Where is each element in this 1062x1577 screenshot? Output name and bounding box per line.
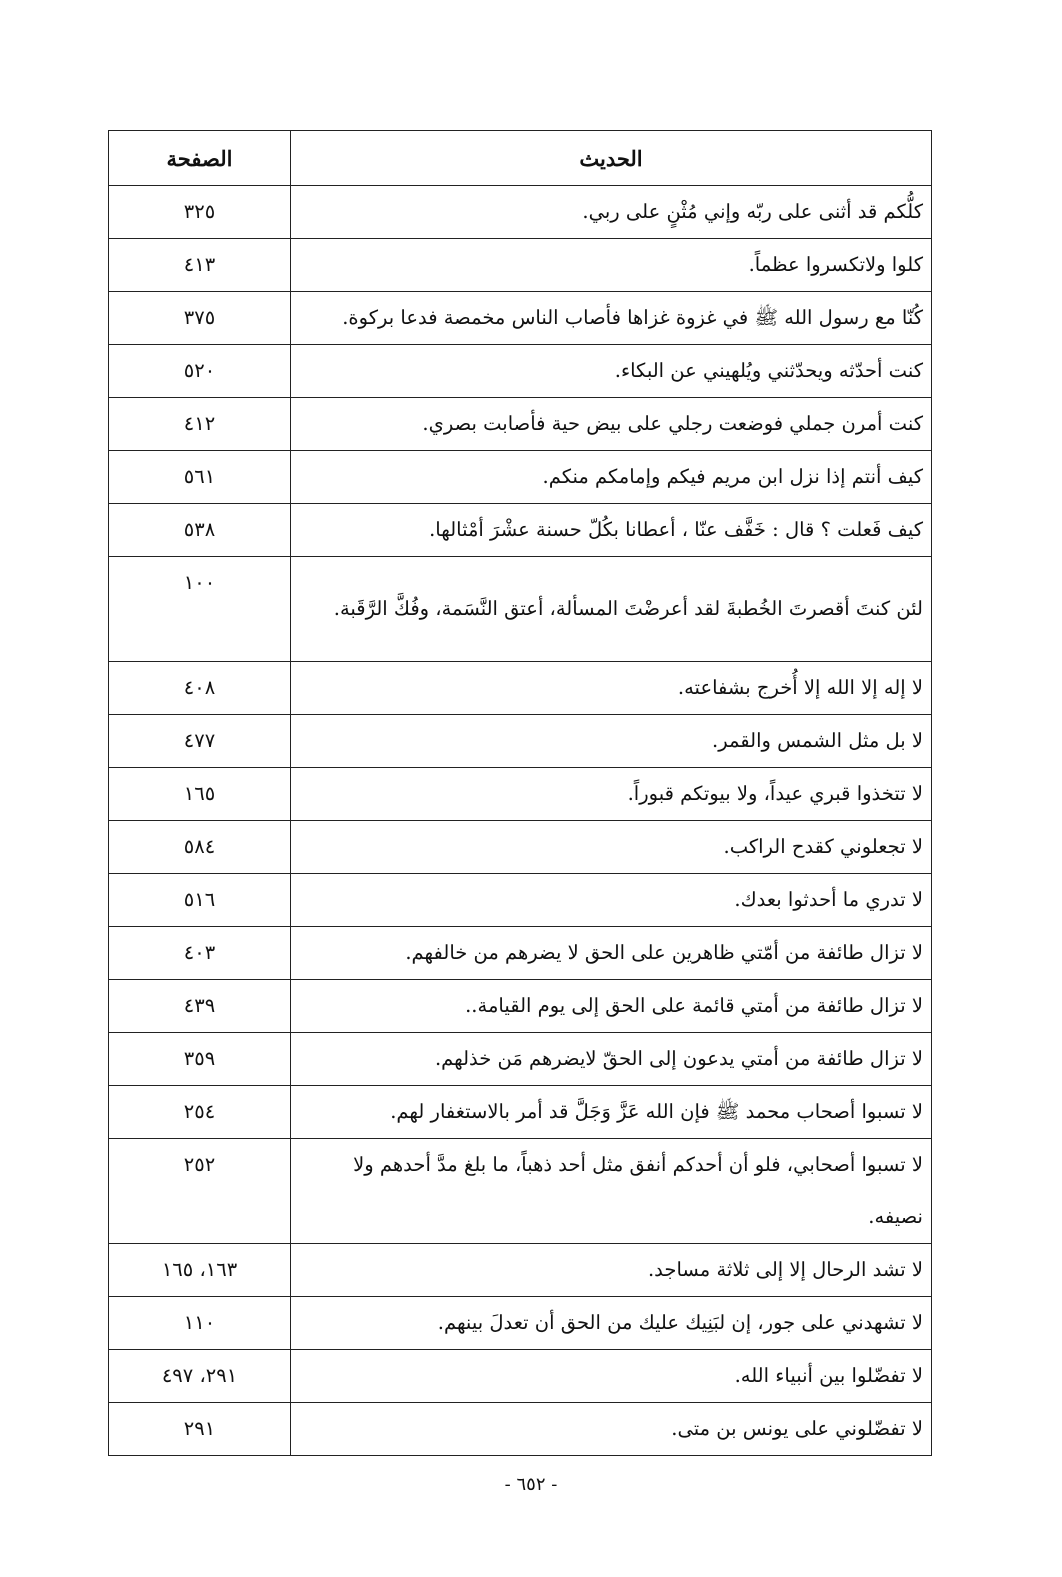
page-reference: ١٠٠ (109, 557, 291, 662)
table-row: لا تزال طائفة من أمتي يدعون إلى الحقّ لا… (109, 1033, 932, 1086)
hadith-text: لا تسبوا أصحابي، فلو أن أحدكم أنفق مثل أ… (291, 1139, 932, 1244)
hadith-text: كيف فَعلت ؟ قال : خَفَّف عنّا ، أعطانا ب… (291, 504, 932, 557)
table-header-row: الحديث الصفحة (109, 131, 932, 186)
hadith-text: لا تزال طائفة من أمتي قائمة على الحق إلى… (291, 980, 932, 1033)
table-body: كلُّكم قد أثنى على ربّه وإني مُثْنٍ على … (109, 186, 932, 1456)
hadith-text: لا تجعلوني كقدح الراكب. (291, 821, 932, 874)
page-reference: ٤٧٧ (109, 715, 291, 768)
hadith-text: لا تشد الرحال إلا إلى ثلاثة مساجد. (291, 1244, 932, 1297)
hadith-text: لا تسبوا أصحاب محمد ﷺ فإن الله عَزَّ وَج… (291, 1086, 932, 1139)
page-reference: ٥٨٤ (109, 821, 291, 874)
table-row: كلوا ولاتكسروا عظماً.٤١٣ (109, 239, 932, 292)
page-reference: ٥٦١ (109, 451, 291, 504)
column-header-page: الصفحة (109, 131, 291, 186)
page-reference: ٣٥٩ (109, 1033, 291, 1086)
document-page: الحديث الصفحة كلُّكم قد أثنى على ربّه وإ… (0, 0, 1062, 1577)
table-row: لا تجعلوني كقدح الراكب.٥٨٤ (109, 821, 932, 874)
page-reference: ٤٠٨ (109, 662, 291, 715)
table-row: لا تتخذوا قبري عيداً، ولا بيوتكم قبوراً.… (109, 768, 932, 821)
table-row: لا تزال طائفة من أمتي قائمة على الحق إلى… (109, 980, 932, 1033)
page-reference: ١٦٥ (109, 768, 291, 821)
table-row: لا تشهدني على جور، إن لبَنِيك عليك من ال… (109, 1297, 932, 1350)
table-row: لا تسبوا أصحابي، فلو أن أحدكم أنفق مثل أ… (109, 1139, 932, 1244)
hadith-index-table: الحديث الصفحة كلُّكم قد أثنى على ربّه وإ… (108, 130, 932, 1456)
table-row: لا تزال طائفة من أمّتي ظاهرين على الحق ل… (109, 927, 932, 980)
hadith-text: كلوا ولاتكسروا عظماً. (291, 239, 932, 292)
hadith-text: لا تزال طائفة من أمّتي ظاهرين على الحق ل… (291, 927, 932, 980)
page-reference: ٥١٦ (109, 874, 291, 927)
table-row: لا بل مثل الشمس والقمر.٤٧٧ (109, 715, 932, 768)
page-reference: ٢٥٢ (109, 1139, 291, 1244)
page-reference: ٤٠٣ (109, 927, 291, 980)
hadith-text: كلُّكم قد أثنى على ربّه وإني مُثْنٍ على … (291, 186, 932, 239)
table-row: كُنّا مع رسول الله ﷺ في غزوة غزاها فأصاب… (109, 292, 932, 345)
hadith-text: لا تزال طائفة من أمتي يدعون إلى الحقّ لا… (291, 1033, 932, 1086)
hadith-text: كنت أحدّثه ويحدّثني ويُلهيني عن البكاء. (291, 345, 932, 398)
hadith-text: كُنّا مع رسول الله ﷺ في غزوة غزاها فأصاب… (291, 292, 932, 345)
hadith-text: كنت أمرن جملي فوضعت رجلي على بيض حية فأص… (291, 398, 932, 451)
hadith-text: لا تشهدني على جور، إن لبَنِيك عليك من ال… (291, 1297, 932, 1350)
table-row: كلُّكم قد أثنى على ربّه وإني مُثْنٍ على … (109, 186, 932, 239)
page-reference: ٤٣٩ (109, 980, 291, 1033)
page-reference: ٥٣٨ (109, 504, 291, 557)
page-reference: ١٦٣، ١٦٥ (109, 1244, 291, 1297)
page-number: - ٦٥٢ - (0, 1474, 1062, 1495)
hadith-text: لا تتخذوا قبري عيداً، ولا بيوتكم قبوراً. (291, 768, 932, 821)
table-row: كيف أنتم إذا نزل ابن مريم فيكم وإمامكم م… (109, 451, 932, 504)
page-reference: ٤١٢ (109, 398, 291, 451)
hadith-text: لا تفضّلوا بين أنبياء الله. (291, 1350, 932, 1403)
hadith-text: لا تفضّلوني على يونس بن متى. (291, 1403, 932, 1456)
table-row: كنت أحدّثه ويحدّثني ويُلهيني عن البكاء.٥… (109, 345, 932, 398)
page-reference: ٣٢٥ (109, 186, 291, 239)
table-row: لا تفضّلوني على يونس بن متى.٢٩١ (109, 1403, 932, 1456)
page-reference: ٣٧٥ (109, 292, 291, 345)
table-row: لئن كنتَ أقصرتَ الخُطبةَ لقد أعرضْتَ الم… (109, 557, 932, 662)
page-reference: ٢٩١، ٤٩٧ (109, 1350, 291, 1403)
hadith-text: كيف أنتم إذا نزل ابن مريم فيكم وإمامكم م… (291, 451, 932, 504)
table-row: لا تفضّلوا بين أنبياء الله.٢٩١، ٤٩٧ (109, 1350, 932, 1403)
hadith-text: لا بل مثل الشمس والقمر. (291, 715, 932, 768)
page-reference: ٤١٣ (109, 239, 291, 292)
page-reference: ٢٥٤ (109, 1086, 291, 1139)
table-row: كنت أمرن جملي فوضعت رجلي على بيض حية فأص… (109, 398, 932, 451)
hadith-text: لا تدري ما أحدثوا بعدك. (291, 874, 932, 927)
hadith-text: لا إله إلا الله إلا أُخرج بشفاعته. (291, 662, 932, 715)
page-reference: ١١٠ (109, 1297, 291, 1350)
hadith-text: لئن كنتَ أقصرتَ الخُطبةَ لقد أعرضْتَ الم… (291, 557, 932, 662)
page-reference: ٥٢٠ (109, 345, 291, 398)
page-reference: ٢٩١ (109, 1403, 291, 1456)
table-row: كيف فَعلت ؟ قال : خَفَّف عنّا ، أعطانا ب… (109, 504, 932, 557)
column-header-hadith: الحديث (291, 131, 932, 186)
table-row: لا تدري ما أحدثوا بعدك.٥١٦ (109, 874, 932, 927)
table-row: لا إله إلا الله إلا أُخرج بشفاعته.٤٠٨ (109, 662, 932, 715)
table-row: لا تسبوا أصحاب محمد ﷺ فإن الله عَزَّ وَج… (109, 1086, 932, 1139)
table-row: لا تشد الرحال إلا إلى ثلاثة مساجد.١٦٣، ١… (109, 1244, 932, 1297)
